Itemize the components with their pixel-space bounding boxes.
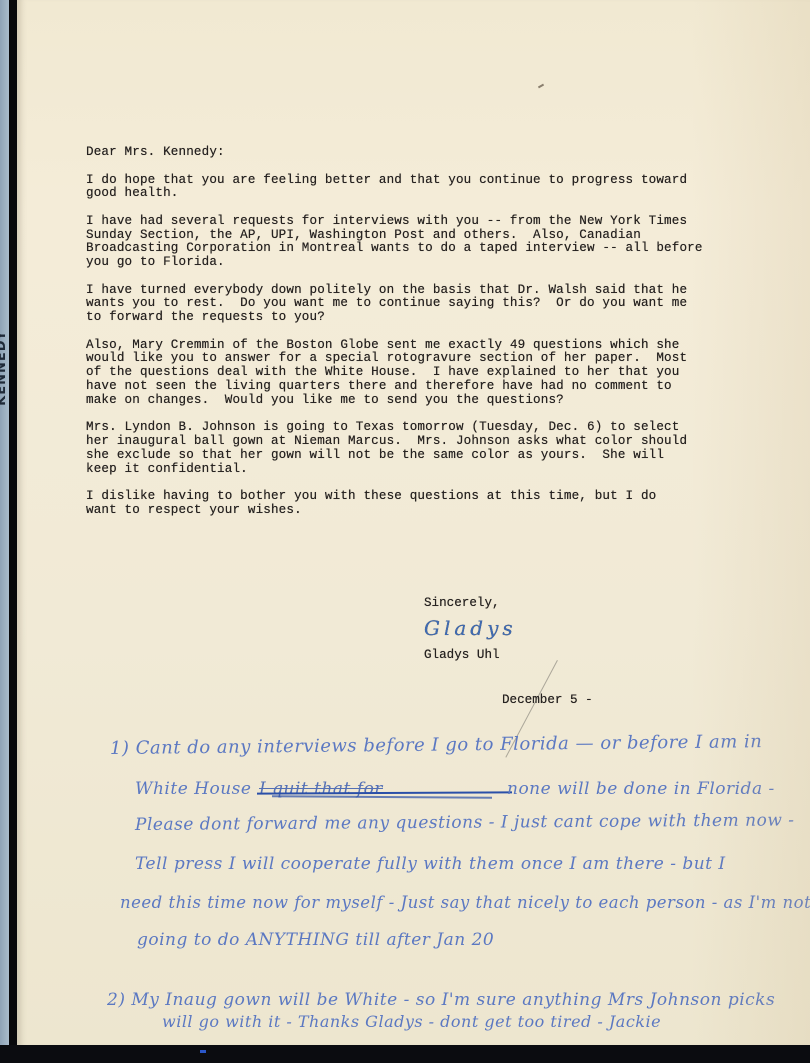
- line: good health.: [86, 186, 179, 200]
- closing-block: Sincerely, Gladys Gladys Uhl: [424, 596, 517, 662]
- handwritten-line-5: Tell press I will cooperate fully with t…: [135, 854, 726, 874]
- blue-speck: [200, 1050, 206, 1053]
- line: keep it confidential.: [86, 462, 248, 476]
- paragraph-4: Also, Mary Cremmin of the Boston Globe s…: [86, 339, 786, 408]
- line: want to respect your wishes.: [86, 503, 302, 517]
- letter-date: December 5 -: [502, 693, 593, 707]
- strikethrough-line: [257, 791, 512, 794]
- handwritten-line-7: going to do ANYTHING till after Jan 20: [137, 930, 494, 950]
- letter-page: Dear Mrs. Kennedy: I do hope that you ar…: [17, 0, 810, 1045]
- line: of the questions deal with the White Hou…: [86, 365, 679, 379]
- scan-edge-shadow: [9, 0, 17, 1063]
- line: I have had several requests for intervie…: [86, 214, 687, 228]
- line: to forward the requests to you?: [86, 310, 325, 324]
- paragraph-5: Mrs. Lyndon B. Johnson is going to Texas…: [86, 421, 786, 476]
- line: you go to Florida.: [86, 255, 225, 269]
- paragraph-1: I do hope that you are feeling better an…: [86, 174, 786, 202]
- scan-bottom-edge: [0, 1045, 810, 1063]
- paragraph-6: I dislike having to bother you with thes…: [86, 490, 786, 518]
- line: Mrs. Lyndon B. Johnson is going to Texas…: [86, 420, 679, 434]
- handwritten-line-2: White House: [135, 779, 251, 799]
- salutation: Dear Mrs. Kennedy:: [86, 146, 786, 160]
- handwritten-line-8: 2) My Inaug gown will be White - so I'm …: [107, 990, 775, 1010]
- scanner-margin-strip: KENNEDY: [0, 0, 9, 1063]
- line: Sunday Section, the AP, UPI, Washington …: [86, 228, 641, 242]
- line: I do hope that you are feeling better an…: [86, 173, 687, 187]
- line: have not seen the living quarters there …: [86, 379, 672, 393]
- paragraph-3: I have turned everybody down politely on…: [86, 284, 786, 325]
- paper-speck: [538, 84, 544, 89]
- handwritten-line-4: Please dont forward me any questions - I…: [135, 810, 795, 835]
- line: wants you to rest. Do you want me to con…: [86, 296, 687, 310]
- line: she exclude so that her gown will not be…: [86, 448, 664, 462]
- handwritten-line-6: need this time now for myself - Just say…: [120, 893, 810, 912]
- signer-name: Gladys Uhl: [424, 648, 517, 662]
- line: I dislike having to bother you with thes…: [86, 489, 656, 503]
- handwritten-line-9: will go with it - Thanks Gladys - dont g…: [162, 1012, 661, 1031]
- letter-body: Dear Mrs. Kennedy: I do hope that you ar…: [86, 146, 786, 531]
- line: I have turned everybody down politely on…: [86, 283, 687, 297]
- line: would like you to answer for a special r…: [86, 351, 687, 365]
- line: Also, Mary Cremmin of the Boston Globe s…: [86, 338, 679, 352]
- handwritten-signature: Gladys: [424, 616, 517, 642]
- handwritten-line-1: 1) Cant do any interviews before I go to…: [110, 731, 763, 759]
- paragraph-2: I have had several requests for intervie…: [86, 215, 786, 270]
- closing-text: Sincerely,: [424, 596, 517, 610]
- handwritten-line-3: none will be done in Florida -: [507, 779, 775, 799]
- line: make on changes. Would you like me to se…: [86, 393, 564, 407]
- line: Broadcasting Corporation in Montreal wan…: [86, 241, 703, 255]
- line: her inaugural ball gown at Nieman Marcus…: [86, 434, 687, 448]
